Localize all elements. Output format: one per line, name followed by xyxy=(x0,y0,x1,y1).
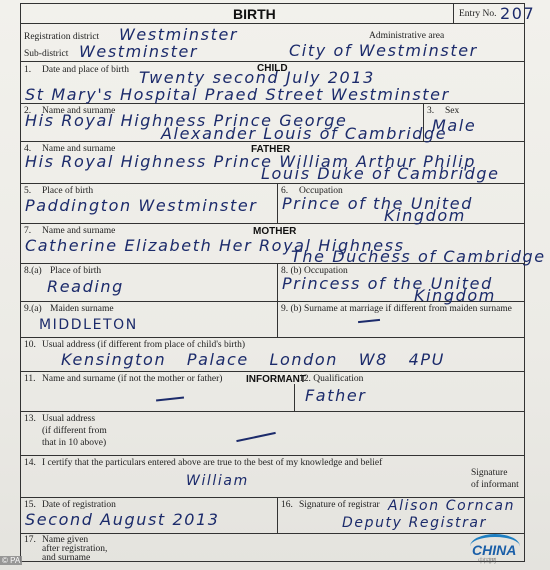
usual-address-value: Kensington Palace London W8 4PU xyxy=(61,352,445,368)
birth-certificate-photo: BIRTH Entry No. 207 Registration distric… xyxy=(0,0,550,570)
field-label: Place of birth xyxy=(50,266,101,276)
field-label: 12. Qualification xyxy=(299,374,363,385)
field-number: 17. xyxy=(24,535,42,546)
field-number: 8.(a) xyxy=(24,266,50,277)
form-title: BIRTH xyxy=(233,6,276,22)
field-child-name-sex: 2.Name and surname His Royal Highness Pr… xyxy=(21,104,524,142)
field-father-name: 4.Name and surname FATHER His Royal High… xyxy=(21,142,524,184)
father-occupation-cell: 6.Occupation Prince of the United Kingdo… xyxy=(277,184,524,223)
field-number: 13. xyxy=(24,414,42,425)
field-registration: 15.Date of registration Second August 20… xyxy=(21,498,524,534)
administrative-area-value: City of Westminster xyxy=(289,43,478,59)
registration-date-value: Second August 2013 xyxy=(25,512,220,528)
photo-credit: © PA xyxy=(0,556,22,565)
field-label: Place of birth xyxy=(42,186,93,196)
field-number: 14. xyxy=(24,458,42,469)
blank-dash xyxy=(236,432,275,442)
maiden-surname-value: MIDDLETON xyxy=(39,318,138,332)
registrar-signature: Alison Corncan xyxy=(388,499,515,513)
field-mother-name: 7.Name and surname MOTHER Catherine Eliz… xyxy=(21,224,524,264)
mother-occupation-cell: 8. (b) Occupation Princess of the United… xyxy=(277,264,524,301)
informant-signature: William xyxy=(186,474,249,488)
sub-district-label: Sub-district xyxy=(24,49,68,60)
field-maiden-surname: 9.(a)Maiden surname MIDDLETON 9. (b) Sur… xyxy=(21,302,524,338)
field-label: Maiden surname xyxy=(50,304,114,314)
blank-dash xyxy=(156,397,184,401)
field-label: Date of registration xyxy=(42,500,116,510)
field-label-cont: that in 10 above) xyxy=(42,438,106,449)
qualification-value: Father xyxy=(305,388,366,404)
field-name-after-registration: 17.Name given after registration, and su… xyxy=(21,534,524,561)
field-label: 9. (b) Surname at marriage if different … xyxy=(281,304,512,315)
entry-number-label: Entry No. xyxy=(459,9,496,20)
field-label: I certify that the particulars entered a… xyxy=(42,458,382,468)
entry-number-value: 207 xyxy=(500,6,535,22)
place-of-birth-value: St Mary's Hospital Praed Street Westmins… xyxy=(25,87,450,103)
district-row: Registration district Westminster Sub-di… xyxy=(21,24,524,62)
field-label: Sex xyxy=(445,106,459,116)
field-usual-address: 10.Usual address (if different from plac… xyxy=(21,338,524,372)
signature-label: Signature xyxy=(471,468,507,479)
entry-number-cell: Entry No. 207 xyxy=(453,4,524,23)
field-label-cont: and surname xyxy=(42,553,90,564)
surname-at-marriage-cell: 9. (b) Surname at marriage if different … xyxy=(277,302,524,337)
father-name-line2: Louis Duke of Cambridge xyxy=(261,166,500,182)
field-number: 9.(a) xyxy=(24,304,50,315)
father-birthplace-value: Paddington Westminster xyxy=(25,198,257,214)
field-label: Usual address (if different from place o… xyxy=(42,340,245,350)
field-mother-birthplace-occupation: 8.(a)Place of birth Reading 8. (b) Occup… xyxy=(21,264,524,302)
date-of-birth-value: Twenty second July 2013 xyxy=(139,70,375,86)
field-label: Date and place of birth xyxy=(42,65,129,75)
signature-label-cont: of informant xyxy=(471,480,519,491)
registration-district-value: Westminster xyxy=(119,27,238,43)
field-date-place-of-birth: 1.Date and place of birth CHILD Twenty s… xyxy=(21,62,524,104)
sex-cell: 3.Sex Male xyxy=(423,104,524,141)
field-label: Usual address xyxy=(42,414,95,424)
field-informant-address: 13.Usual address (if different from that… xyxy=(21,412,524,456)
field-label-cont: (if different from xyxy=(42,426,107,437)
father-occupation-line2: Kingdom xyxy=(384,208,466,224)
field-number: 16. xyxy=(281,500,299,511)
field-father-birthplace-occupation: 5.Place of birth Paddington Westminster … xyxy=(21,184,524,224)
title-row: BIRTH Entry No. 207 xyxy=(21,4,524,24)
qualification-cell: 12. Qualification Father xyxy=(294,384,524,412)
registrar-title: Deputy Registrar xyxy=(342,516,487,530)
china-logo: CHINA 中国网 xyxy=(468,534,528,562)
field-label: Signature of registrar xyxy=(299,500,380,510)
sex-value: Male xyxy=(432,118,476,134)
field-certification: 14.I certify that the particulars entere… xyxy=(21,456,524,498)
field-number: 11. xyxy=(24,374,42,385)
field-label: Name and surname xyxy=(42,226,115,236)
birth-register-form: BIRTH Entry No. 207 Registration distric… xyxy=(20,3,525,562)
blank-dash xyxy=(358,319,380,323)
mother-name-line2: The Duchess of Cambridge xyxy=(291,249,546,265)
field-informant-name-qualification: 11.Name and surname (if not the mother o… xyxy=(21,372,524,412)
mother-birthplace-value: Reading xyxy=(47,279,124,295)
field-number: 1. xyxy=(24,65,42,76)
field-label: Name and surname (if not the mother or f… xyxy=(42,374,222,384)
child-name-line2: Alexander Louis of Cambridge xyxy=(161,126,447,142)
field-number: 10. xyxy=(24,340,42,351)
sub-district-value: Westminster xyxy=(79,44,198,60)
logo-subtext: 中国网 xyxy=(478,556,496,565)
registrar-signature-cell: 16.Signature of registrar Alison Corncan… xyxy=(277,498,524,533)
